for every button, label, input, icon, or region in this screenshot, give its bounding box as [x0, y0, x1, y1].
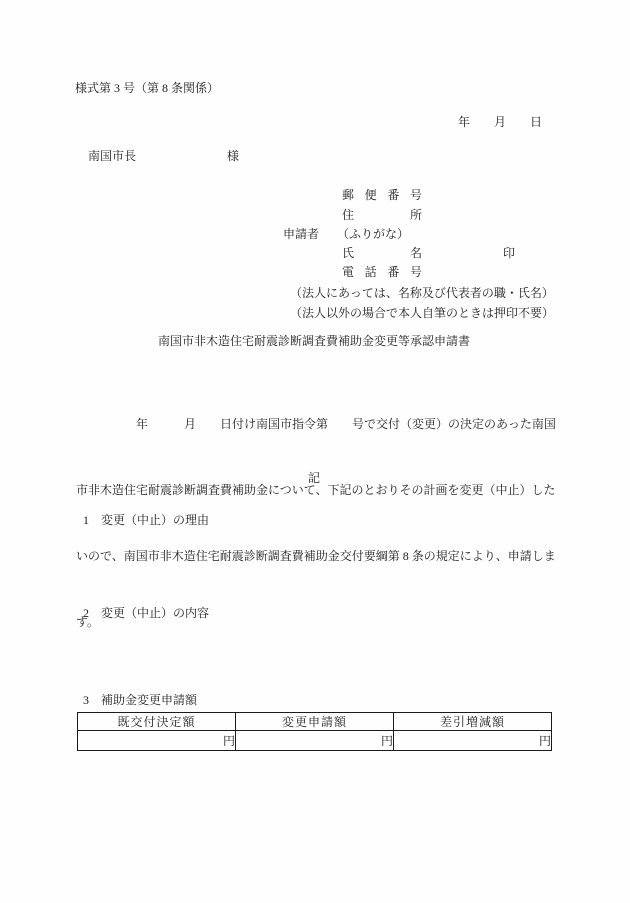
applicant-furigana-label: （ふりがな） — [337, 228, 409, 242]
applicant-role-label: 申請者 — [283, 228, 319, 242]
document-page: 様式第 3 号（第 8 条関係） 年 月 日 南国市長 様 郵便番号 住所 申請… — [0, 0, 630, 903]
table-header-row: 既交付決定額 変更申請額 差引増減額 — [78, 713, 552, 731]
addressee-name: 南国市長 — [88, 150, 136, 164]
header-decided-amount: 既交付決定額 — [78, 713, 236, 731]
applicant-address-label: 住所 — [342, 209, 422, 223]
section-1-reason: 1 変更（中止）の理由 — [83, 514, 209, 528]
cell-decided-amount-yen: 円 — [78, 731, 236, 751]
applicant-note-corporation: （法人にあっては、名称及び代表者の職・氏名） — [290, 287, 554, 301]
body-line-3: いので、南国市非木造住宅耐震診断調査費補助金交付要綱第 8 条の規定により、申請… — [76, 545, 556, 567]
applicant-name-label-text: 氏名 — [342, 247, 422, 261]
record-mark: 記 — [76, 472, 552, 486]
applicant-address-label-text: 住所 — [342, 209, 422, 223]
table-value-row: 円 円 円 — [78, 731, 552, 751]
body-line-1: 年 月 日付け南国市指令第 号で交付（変更）の決定のあった南国 — [76, 413, 556, 435]
date-line: 年 月 日 — [458, 116, 542, 130]
applicant-seal-mark: 印 — [503, 247, 515, 261]
applicant-phone-label: 電話番号 — [342, 266, 422, 280]
applicant-name-label: 氏名 — [342, 247, 422, 261]
section-2-content: 2 変更（中止）の内容 — [83, 607, 209, 621]
document-title: 南国市非木造住宅耐震診断調査費補助金変更等承認申請書 — [76, 335, 552, 349]
form-number: 様式第 3 号（第 8 条関係） — [75, 82, 219, 96]
section-3-amount: 3 補助金変更申請額 — [83, 694, 197, 708]
applicant-note-seal: （法人以外の場合で本人自筆のときは押印不要） — [290, 307, 554, 321]
addressee-honorific: 様 — [227, 150, 239, 164]
subsidy-amount-table: 既交付決定額 変更申請額 差引増減額 円 円 円 — [77, 712, 552, 751]
applicant-postal-label-text: 郵便番号 — [342, 189, 422, 203]
applicant-postal-label: 郵便番号 — [342, 189, 422, 203]
cell-changed-amount-yen: 円 — [236, 731, 394, 751]
header-changed-amount: 変更申請額 — [236, 713, 394, 731]
header-difference-amount: 差引増減額 — [394, 713, 552, 731]
applicant-phone-label-text: 電話番号 — [342, 266, 422, 280]
cell-difference-amount-yen: 円 — [394, 731, 552, 751]
